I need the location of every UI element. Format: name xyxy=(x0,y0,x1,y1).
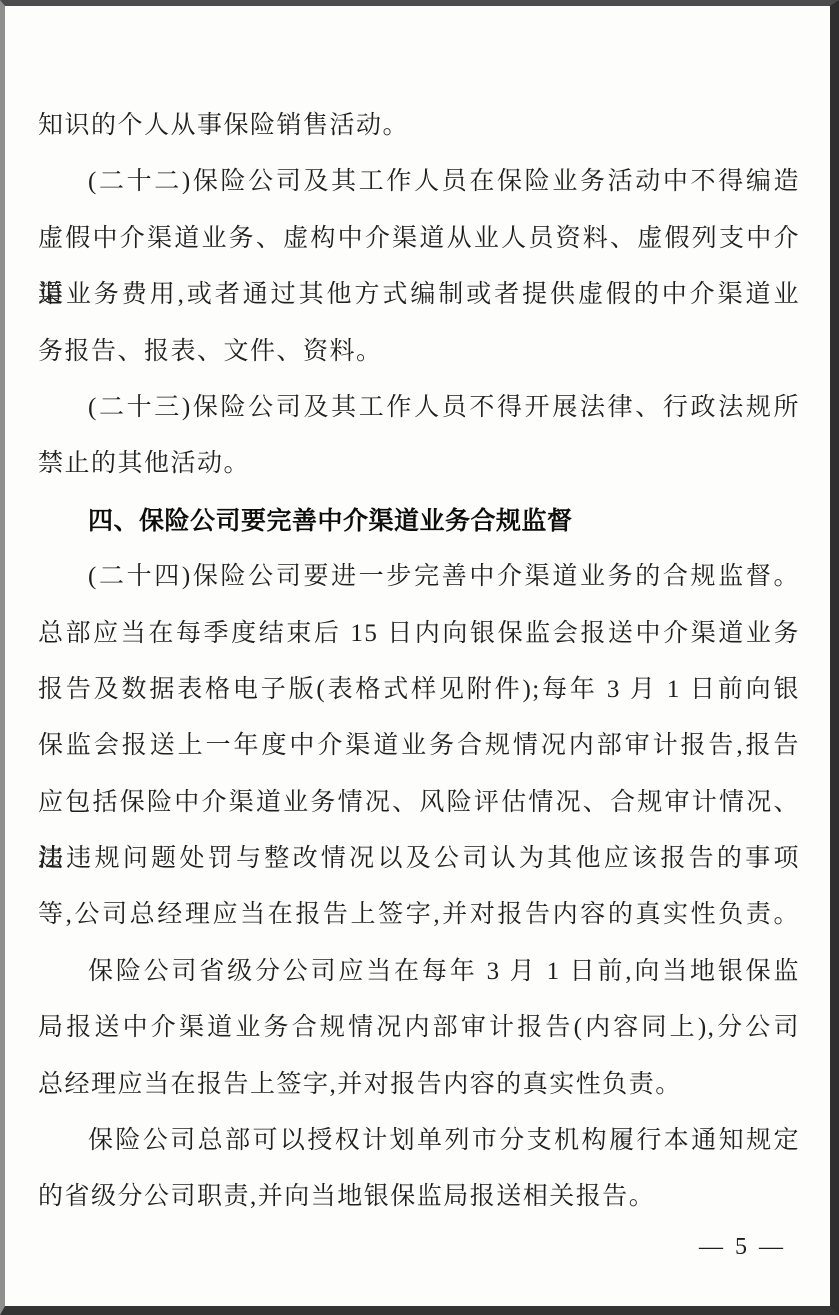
text-line: 应包括保险中介渠道业务情况、风险评估情况、合规审计情况、违 xyxy=(38,775,800,831)
text-line: (二十四)保险公司要进一步完善中介渠道业务的合规监督。 xyxy=(38,549,800,605)
text-line: 总部应当在每季度结束后 15 日内向银保监会报送中介渠道业务 xyxy=(38,606,800,662)
page-number: — 5 — xyxy=(699,1232,786,1262)
text-line: 总经理应当在报告上签字,并对报告内容的真实性负责。 xyxy=(38,1057,800,1113)
section-heading: 四、保险公司要完善中介渠道业务合规监督 xyxy=(38,493,800,549)
text-line: (二十三)保险公司及其工作人员不得开展法律、行政法规所 xyxy=(38,380,800,436)
text-line: 知识的个人从事保险销售活动。 xyxy=(38,98,800,154)
scanned-page: 知识的个人从事保险销售活动。 (二十二)保险公司及其工作人员在保险业务活动中不得… xyxy=(0,0,839,1315)
document-body: 知识的个人从事保险销售活动。 (二十二)保险公司及其工作人员在保险业务活动中不得… xyxy=(38,98,800,1226)
text-line: 保监会报送上一年度中介渠道业务合规情况内部审计报告,报告 xyxy=(38,718,800,774)
text-line: 法违规问题处罚与整改情况以及公司认为其他应该报告的事项 xyxy=(38,831,800,887)
text-line: 保险公司省级分公司应当在每年 3 月 1 日前,向当地银保监 xyxy=(38,944,800,1000)
text-line: 务报告、报表、文件、资料。 xyxy=(38,324,800,380)
text-line: 虚假中介渠道业务、虚构中介渠道从业人员资料、虚假列支中介渠 xyxy=(38,211,800,267)
text-line: 的省级分公司职责,并向当地银保监局报送相关报告。 xyxy=(38,1169,800,1225)
text-line: 报告及数据表格电子版(表格式样见附件);每年 3 月 1 日前向银 xyxy=(38,662,800,718)
text-line: (二十二)保险公司及其工作人员在保险业务活动中不得编造 xyxy=(38,154,800,210)
text-line: 禁止的其他活动。 xyxy=(38,436,800,492)
text-line: 道业务费用,或者通过其他方式编制或者提供虚假的中介渠道业 xyxy=(38,267,800,323)
text-line: 保险公司总部可以授权计划单列市分支机构履行本通知规定 xyxy=(38,1113,800,1169)
text-line: 等,公司总经理应当在报告上签字,并对报告内容的真实性负责。 xyxy=(38,887,800,943)
text-line: 局报送中介渠道业务合规情况内部审计报告(内容同上),分公司 xyxy=(38,1000,800,1056)
